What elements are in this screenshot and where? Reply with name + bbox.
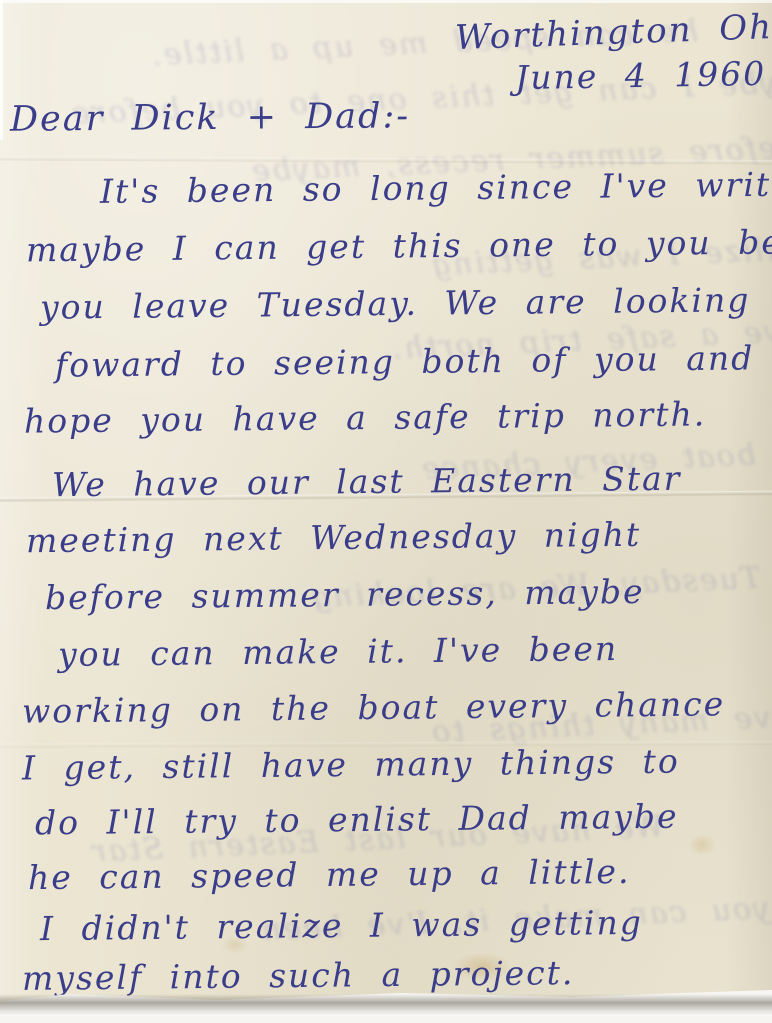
letter-line: I get, still have many things to: [22, 742, 680, 788]
letter-line: maybe I can get this one to you before: [26, 222, 772, 270]
letter-scan: he can speed me up a little. maybe I can…: [0, 0, 772, 1023]
letter-line: working on the boat every chance: [22, 684, 726, 730]
paper-top-edge: [0, 0, 772, 3]
letter-line: We have our last Eastern Star: [52, 459, 682, 505]
letter-line: meeting next Wednesday night: [26, 515, 642, 560]
letter-line: do I'll try to enlist Dad maybe: [35, 797, 679, 843]
letter-line: It's been so long since I've written,: [100, 164, 772, 211]
letter-line: hope you have a safe trip north.: [24, 394, 707, 440]
letter-line: he can speed me up a little.: [28, 852, 631, 897]
fold-crease: [0, 156, 772, 165]
letter-line: you leave Tuesday. We are looking: [40, 280, 751, 326]
paper-stain: [688, 834, 716, 856]
letter-line: myself into such a project.: [22, 953, 575, 998]
letter-salutation: Dear Dick + Dad:-: [10, 96, 410, 139]
paper-left-edge: [0, 0, 3, 140]
letter-heading-place: Worthington Ohio: [454, 6, 772, 58]
paper-bottom-edge-shadow: [0, 994, 772, 1016]
letter-line: you can make it. I've been: [58, 629, 619, 674]
letter-heading-date: June 4 1960: [515, 54, 767, 97]
letter-line: before summer recess, maybe: [45, 572, 645, 617]
letter-line: I didn't realize I was getting: [40, 903, 643, 948]
letter-page: he can speed me up a little. maybe I can…: [0, 0, 772, 1004]
letter-line: foward to seeing both of you and: [55, 338, 755, 384]
